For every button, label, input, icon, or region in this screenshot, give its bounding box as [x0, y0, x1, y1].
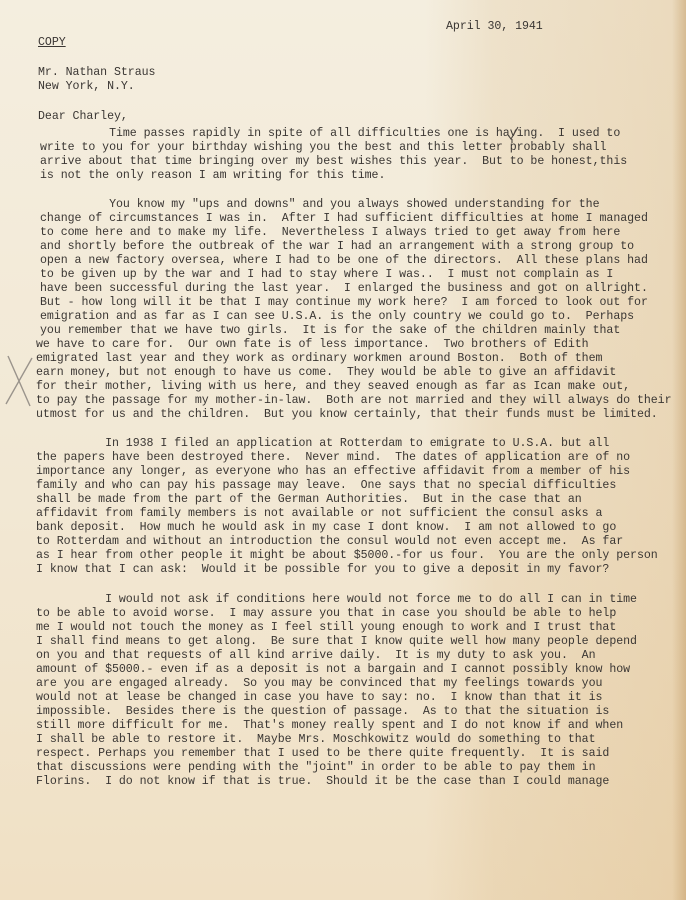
letter-date: April 30, 1941 [446, 20, 543, 34]
body-line: Florins. I do not know if that is true. … [36, 775, 609, 789]
body-line: to pay the passage for my mother-in-law.… [36, 394, 671, 408]
x-mark-icon [4, 352, 36, 410]
body-line: is not the only reason I am writing for … [40, 169, 385, 183]
body-line: arrive about that time bringing over my … [40, 155, 627, 169]
body-line: impossible. Besides there is the questio… [36, 705, 609, 719]
body-line: affidavit from family members is not ava… [36, 507, 602, 521]
paper-edge-shading [672, 0, 686, 900]
body-line: that discussions were pending with the "… [36, 761, 596, 775]
body-line: shall be made from the part of the Germa… [36, 493, 582, 507]
body-line: to come here and to make my life. Nevert… [40, 226, 620, 240]
body-line: emigration and as far as I can see U.S.A… [40, 310, 634, 324]
body-line: to be given up by the war and I had to s… [40, 268, 613, 282]
checkmark-icon [506, 125, 520, 143]
body-line: respect. Perhaps you remember that I use… [36, 747, 609, 761]
recipient-name: Mr. Nathan Straus [38, 66, 155, 80]
body-line: importance any longer, as everyone who h… [36, 465, 630, 479]
body-line: emigrated last year and they work as ord… [36, 352, 602, 366]
body-line: I shall be able to restore it. Maybe Mrs… [36, 733, 596, 747]
body-line: Time passes rapidly in spite of all diff… [40, 127, 620, 141]
body-line: you remember that we have two girls. It … [40, 324, 620, 338]
body-line: still more difficult for me. That's mone… [36, 719, 623, 733]
body-line: to Rotterdam and without an introduction… [36, 535, 623, 549]
body-line: me I would not touch the money as I feel… [36, 621, 616, 635]
body-line: the papers have been destroyed there. Ne… [36, 451, 630, 465]
body-line: amount of $5000.- even if as a deposit i… [36, 663, 630, 677]
salutation: Dear Charley, [38, 110, 128, 124]
body-line: In 1938 I filed an application at Rotter… [36, 437, 609, 451]
body-line: on you and that requests of all kind arr… [36, 649, 596, 663]
body-line: and shortly before the outbreak of the w… [40, 240, 634, 254]
body-line: I know that I can ask: Would it be possi… [36, 563, 609, 577]
body-line: change of circumstances I was in. After … [40, 212, 648, 226]
body-line: would not at lease be changed in case yo… [36, 691, 602, 705]
body-line: to be able to avoid worse. I may assure … [36, 607, 616, 621]
body-line: utmost for us and the children. But you … [36, 408, 658, 422]
body-line: open a new factory oversea, where I had … [40, 254, 648, 268]
body-line: bank deposit. How much he would ask in m… [36, 521, 616, 535]
body-line: write to you for your birthday wishing y… [40, 141, 606, 155]
body-line: You know my "ups and downs" and you alwa… [40, 198, 600, 212]
body-line: family and who can pay his passage may l… [36, 479, 616, 493]
body-line: are you are engaged already. So you may … [36, 677, 602, 691]
body-line: we have to care for. Our own fate is of … [36, 338, 589, 352]
body-line: as I hear from other people it might be … [36, 549, 658, 563]
letter-page: April 30, 1941 COPY Mr. Nathan Straus Ne… [0, 0, 686, 900]
body-line: I would not ask if conditions here would… [36, 593, 637, 607]
body-line: But - how long will it be that I may con… [40, 296, 648, 310]
copy-label: COPY [38, 36, 66, 50]
body-line: for their mother, living with us here, a… [36, 380, 630, 394]
recipient-city: New York, N.Y. [38, 80, 135, 94]
body-line: earn money, but not enough to have us co… [36, 366, 616, 380]
body-line: I shall find means to get along. Be sure… [36, 635, 637, 649]
body-line: have been successful during the last yea… [40, 282, 648, 296]
